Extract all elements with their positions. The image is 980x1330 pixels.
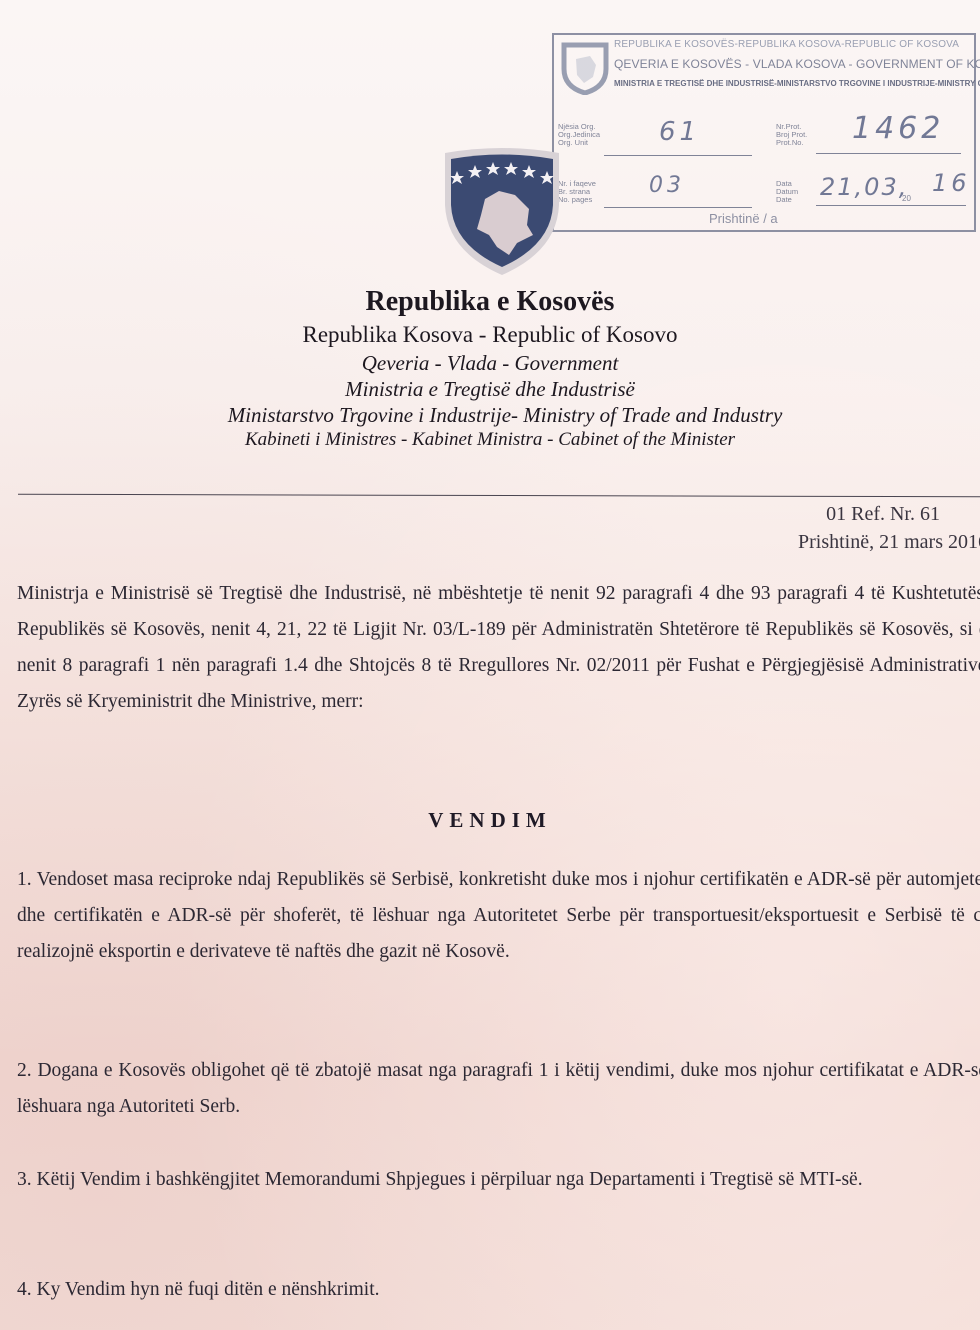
date-year-value: 16	[932, 169, 971, 197]
header-divider	[18, 494, 980, 498]
date-year-prefix: 20	[902, 195, 911, 203]
letterhead-cabinet: Kabineti i Ministres - Kabinet Ministra …	[0, 428, 980, 452]
stamp-header-line3: Ministria e Tregtisë dhe Industrisë-Mini…	[614, 79, 980, 88]
stamp-rule	[816, 153, 961, 154]
pages-value: 03	[649, 173, 685, 198]
stamp-city: Prishtinë / a	[709, 211, 778, 226]
letterhead-ministry: Ministria e Tregtisë dhe Industrisë	[0, 376, 980, 402]
decision-item-2: 2. Dogana e Kosovës obligohet që të zbat…	[17, 1053, 980, 1125]
letterhead-country-translations: Republika Kosova - Republic of Kosovo	[0, 320, 980, 350]
decision-item-1: 1. Vendoset masa reciproke ndaj Republik…	[17, 862, 980, 970]
stamp-emblem-icon	[560, 39, 610, 95]
letterhead-ministry-translations: Ministarstvo Trgovine i Industrije- Mini…	[0, 402, 980, 428]
letterhead: Republika e Kosovës Republika Kosova - R…	[0, 284, 980, 452]
reference-block: 01 Ref. Nr. 61 Prishtinë, 21 mars 2016	[798, 500, 980, 556]
letterhead-government: Qeveria - Vlada - Government	[0, 350, 980, 376]
preamble-paragraph: Ministrja e Ministrisë së Tregtisë dhe I…	[17, 576, 980, 720]
org-unit-value: 61	[659, 117, 700, 147]
prot-no-value: 1462	[852, 111, 944, 146]
prot-no-labels: Nr.Prot. Broj Prot. Prot.No.	[776, 123, 807, 147]
date-value: 21,03,	[820, 173, 908, 201]
stamp-rule	[604, 155, 752, 156]
coat-of-arms-icon	[437, 143, 567, 278]
stamp-header-line1: Republika e Kosovës-Republika Kosova-Rep…	[614, 39, 959, 50]
letterhead-country: Republika e Kosovës	[0, 284, 980, 320]
stamp-header-line2: Qeveria e Kosovës - Vlada Kosova - Gover…	[614, 57, 980, 71]
date-labels: Data Datum Date	[776, 180, 798, 204]
decision-item-3: 3. Këtij Vendim i bashkëngjitet Memorand…	[17, 1162, 980, 1198]
place-and-date: Prishtinë, 21 mars 2016	[798, 528, 980, 556]
decision-item-4: 4. Ky Vendim hyn në fuqi ditën e nënshkr…	[17, 1272, 980, 1308]
decision-heading: VENDIM	[0, 808, 980, 833]
registry-stamp: Republika e Kosovës-Republika Kosova-Rep…	[552, 33, 976, 232]
stamp-rule	[816, 205, 966, 206]
reference-number: 01 Ref. Nr. 61	[798, 500, 980, 528]
stamp-rule	[604, 207, 752, 208]
